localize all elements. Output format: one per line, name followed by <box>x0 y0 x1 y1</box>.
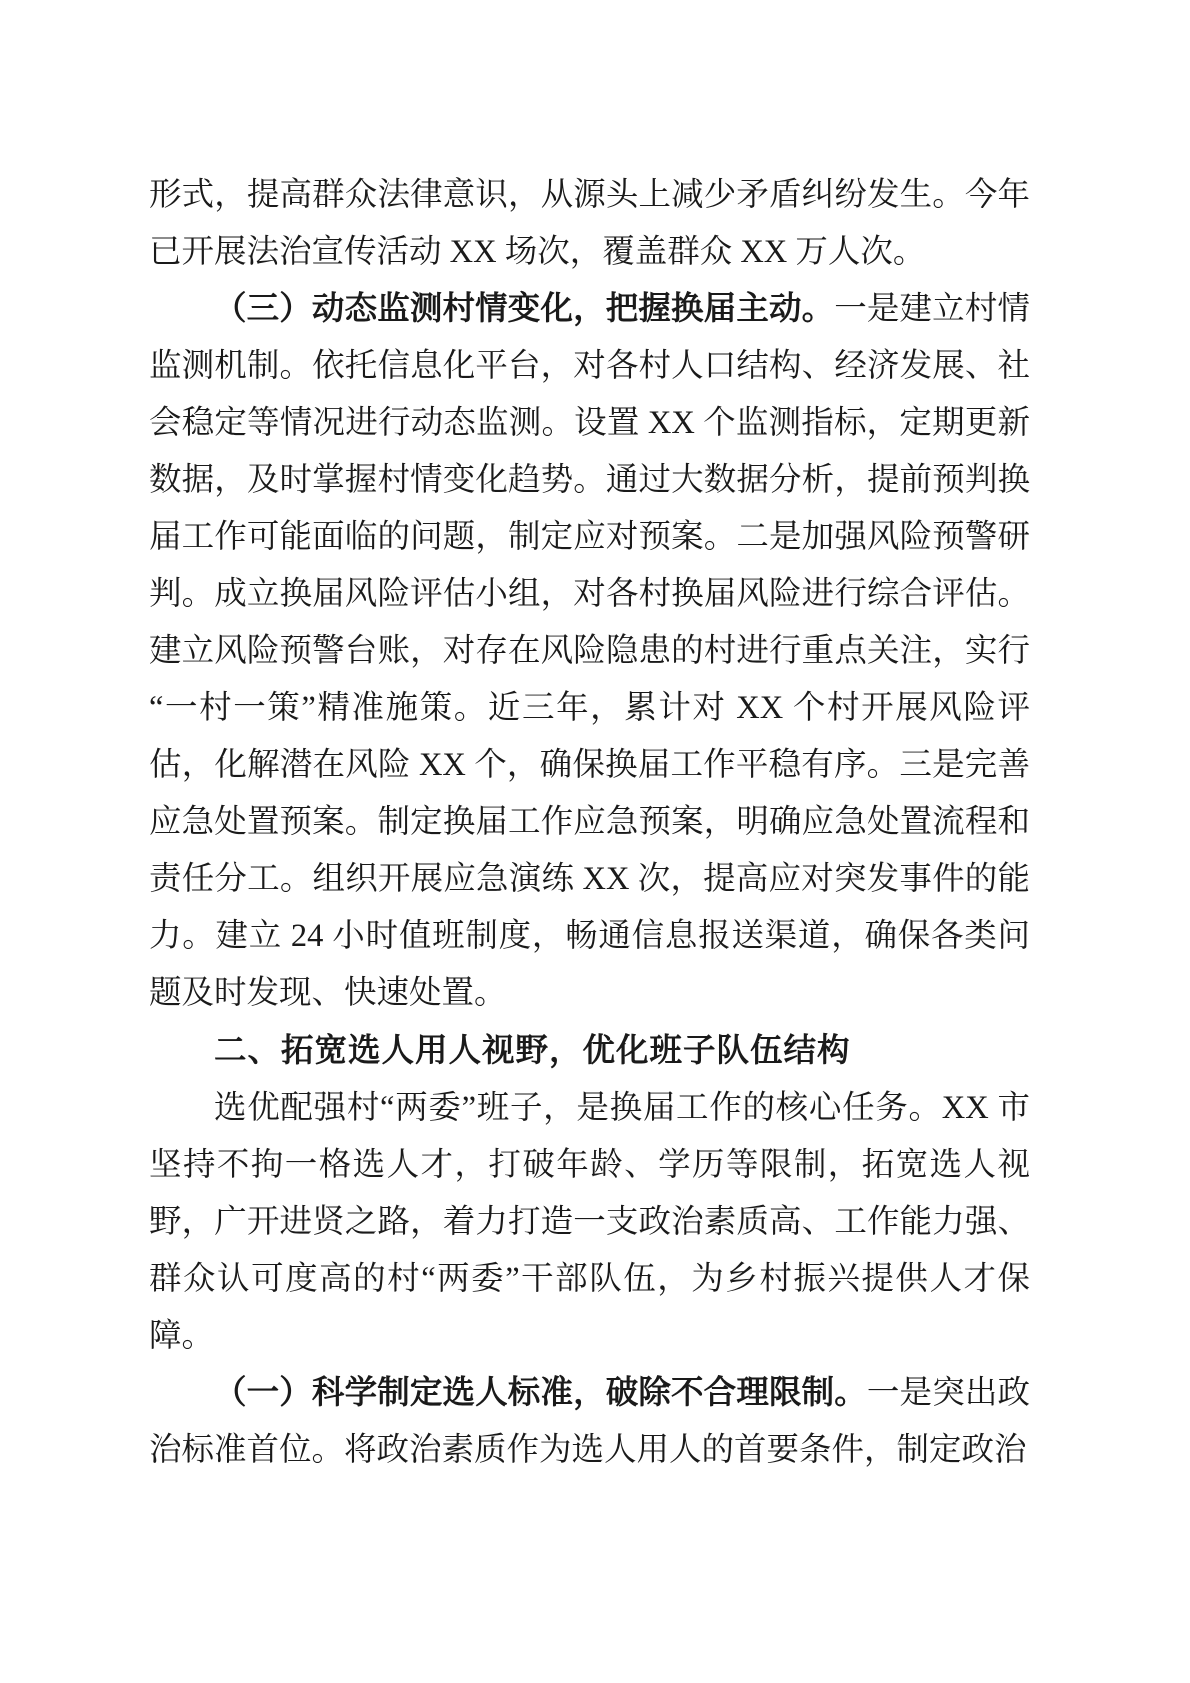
paragraph-section-two-intro: 选优配强村“两委”班子，是换届工作的核心任务。XX 市坚持不拘一格选人才，打破年… <box>149 1080 1030 1365</box>
text-run-normal: 形式，提高群众法律意识，从源头上减少矛盾纠纷发生。今年已开展法治宣传活动 XX … <box>149 177 1030 270</box>
text-run-normal: 选优配强村“两委”班子，是换届工作的核心任务。XX 市坚持不拘一格选人才，打破年… <box>149 1090 1030 1354</box>
paragraph-section-one: （一）科学制定选人标准，破除不合理限制。一是突出政治标准首位。将政治素质作为选人… <box>149 1365 1030 1479</box>
document-content: 形式，提高群众法律意识，从源头上减少矛盾纠纷发生。今年已开展法治宣传活动 XX … <box>149 167 1030 1479</box>
paragraph-section-three: （三）动态监测村情变化，把握换届主动。一是建立村情监测机制。依托信息化平台，对各… <box>149 281 1030 1022</box>
text-run-hei-bold: 二、拓宽选人用人视野，优化班子队伍结构 <box>214 1032 851 1068</box>
paragraph-continuation: 形式，提高群众法律意识，从源头上减少矛盾纠纷发生。今年已开展法治宣传活动 XX … <box>149 167 1030 281</box>
text-run-normal: 一是建立村情监测机制。依托信息化平台，对各村人口结构、经济发展、社会稳定等情况进… <box>149 291 1030 1011</box>
text-run-kai-bold: （一）科学制定选人标准，破除不合理限制。 <box>214 1375 867 1411</box>
text-run-kai-bold: （三）动态监测村情变化，把握换届主动。 <box>214 291 834 327</box>
heading-section-two: 二、拓宽选人用人视野，优化班子队伍结构 <box>149 1022 1030 1080</box>
document-page: 形式，提高群众法律意识，从源头上减少矛盾纠纷发生。今年已开展法治宣传活动 XX … <box>0 0 1190 1683</box>
